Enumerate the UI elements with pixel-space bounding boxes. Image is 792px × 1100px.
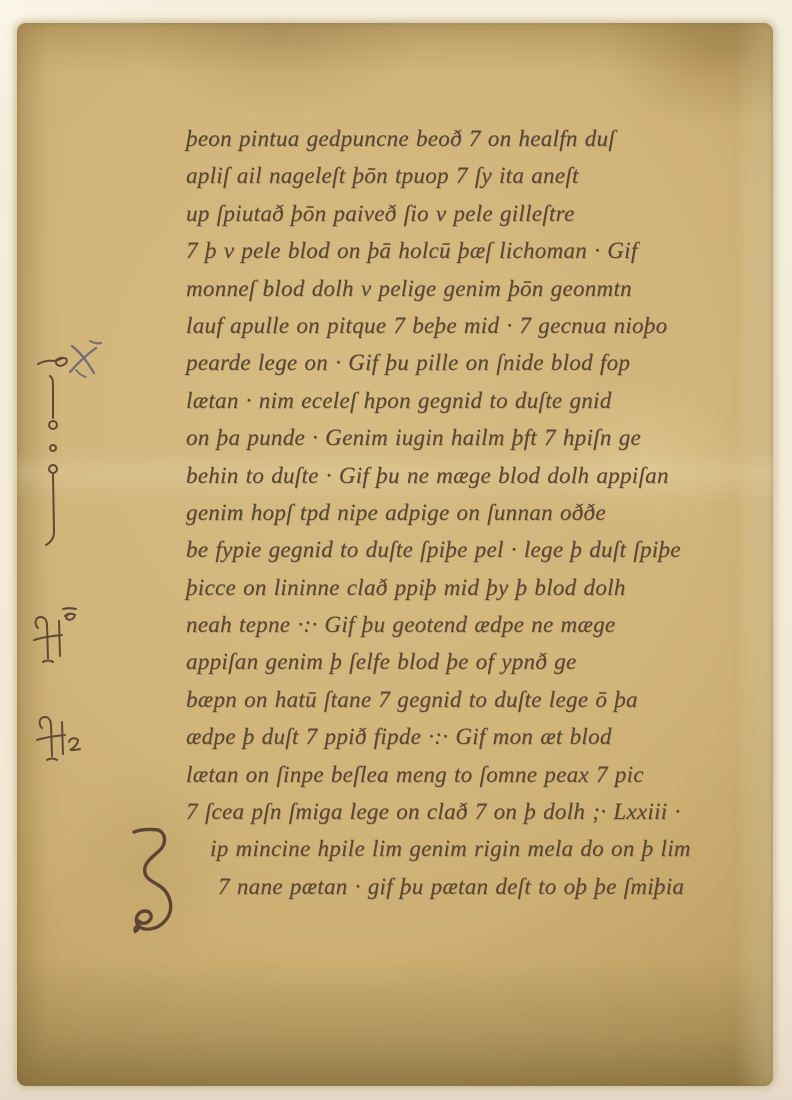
manuscript-line: up ſpiutað þōn paiveð ſio v pele gilleſt… <box>186 195 771 232</box>
photo-mount: þeon pintua gedpuncne beoð 7 on healfn d… <box>0 0 792 1100</box>
manuscript-line: be fypie gegnid to duſte ſpiþe pel · leg… <box>186 531 771 568</box>
manuscript-line: 7 þ v pele blod on þā holcū þæſ lichoman… <box>186 232 771 269</box>
manuscript-line: 7 nane pætan · gif þu pætan deſt to oþ þ… <box>186 868 771 905</box>
manuscript-line: neah tepne ·:· Gif þu geotend ædpe ne mæ… <box>186 606 771 643</box>
manuscript-line: lætan on ſinpe beſlea meng to ſomne peax… <box>186 756 771 793</box>
margin-pointer-line-icon <box>42 374 66 556</box>
manuscript-line: lauf apulle on pitque 7 beþe mid · 7 gec… <box>186 307 771 344</box>
manuscript-line: monneſ blod dolh v pelige genim þōn geon… <box>186 270 771 307</box>
manuscript-line: pearde lege on · Gif þu pille on ſnide b… <box>186 344 771 381</box>
manuscript-line: þeon pintua gedpuncne beoð 7 on healfn d… <box>186 120 771 157</box>
text-block: þeon pintua gedpuncne beoð 7 on healfn d… <box>186 120 771 905</box>
manuscript-line: lætan · nim eceleſ hpon gegnid to duſte … <box>186 382 771 419</box>
manuscript-line: appiſan genim þ ſelfe blod þe of ypnð ge <box>186 643 771 680</box>
manuscript-line: ip mincine hpile lim genim rigin mela do… <box>186 830 771 867</box>
manuscript-line: genim hopſ tpd nipe adpige on ſunnan oðð… <box>186 494 771 531</box>
manuscript-line: apliſ ail nageleſt þōn tpuop 7 ſy ita an… <box>186 157 771 194</box>
margin-nota-h2-icon <box>34 712 82 764</box>
manuscript-line: ædpe þ duſt 7 ppið fipde ·:· Gif mon æt … <box>186 718 771 755</box>
margin-nota-ha-icon <box>32 608 78 670</box>
initial-letter-g <box>130 820 184 940</box>
manuscript-line: bæpn on hatū ſtane 7 gegnid to duſte leg… <box>186 681 771 718</box>
manuscript-line: behin to duſte · Gif þu ne mæge blod dol… <box>186 457 771 494</box>
manuscript-line: þicce on lininne clað ppiþ mid þy þ blod… <box>186 569 771 606</box>
manuscript-line: on þa punde · Genim iugin hailm þft 7 hp… <box>186 419 771 456</box>
manuscript-line-with-chapter-number: 7 ſcea pſn ſmiga lege on clað 7 on þ dol… <box>186 793 771 830</box>
